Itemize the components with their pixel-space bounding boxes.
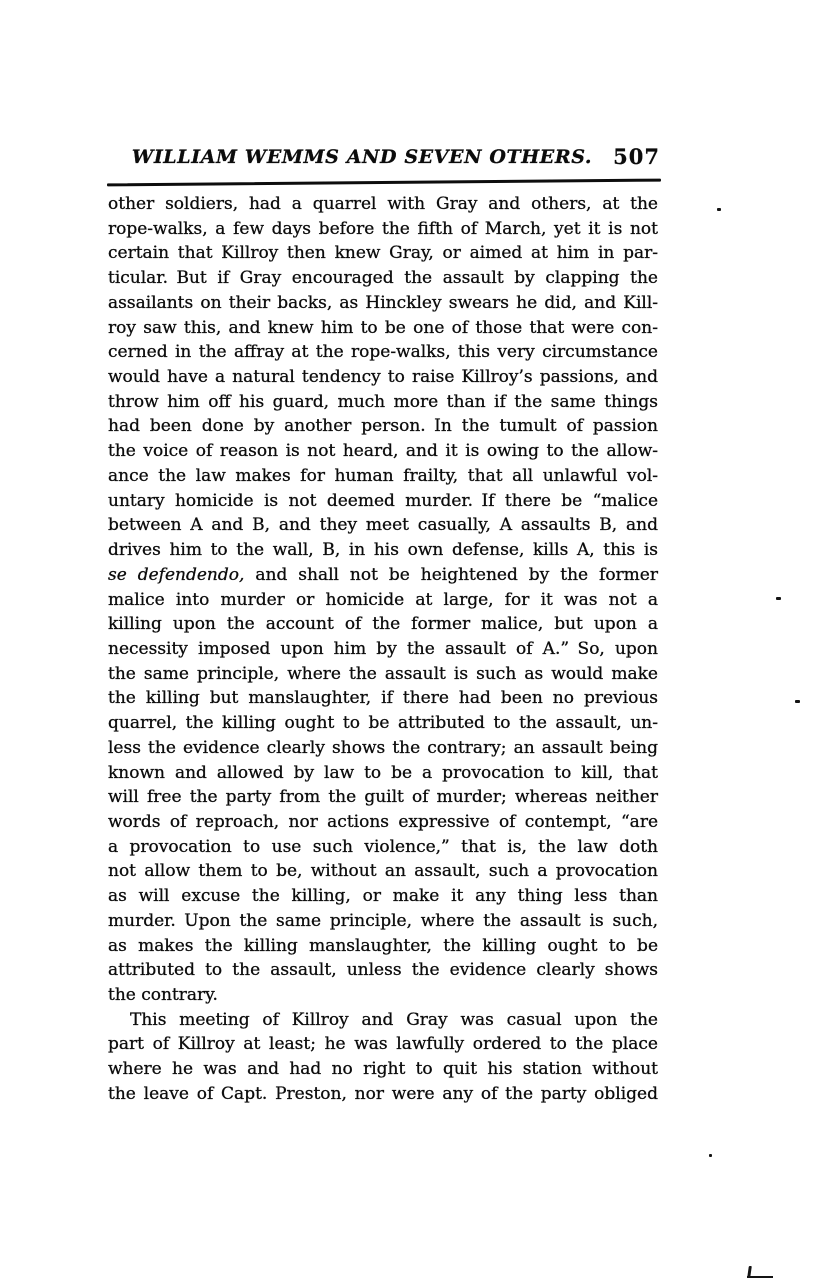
text-line: the contrary. bbox=[108, 983, 658, 1008]
text-line: not allow them to be, without an assault… bbox=[108, 859, 658, 884]
text-line: will free the party from the guilt of mu… bbox=[108, 785, 658, 810]
ink-speck bbox=[717, 208, 721, 211]
text-line: other soldiers, had a quarrel with Gray … bbox=[108, 192, 658, 217]
text-line: necessity imposed upon him by the assaul… bbox=[108, 637, 658, 662]
text-line: ticular. But if Gray encouraged the assa… bbox=[108, 266, 658, 291]
text-line: had been done by another person. In the … bbox=[108, 414, 658, 439]
text-line: a provocation to use such violence,” tha… bbox=[108, 835, 658, 860]
text-line: between A and B, and they meet casually,… bbox=[108, 513, 658, 538]
text-line: cerned in the affray at the rope-walks, … bbox=[108, 340, 658, 365]
text-line: certain that Killroy then knew Gray, or … bbox=[108, 241, 658, 266]
text-line: throw him off his guard, much more than … bbox=[108, 390, 658, 415]
page-number: 507 bbox=[613, 144, 660, 169]
text-line: malice into murder or homicide at large,… bbox=[108, 588, 658, 613]
text-line: quarrel, the killing ought to be attribu… bbox=[108, 711, 658, 736]
text-line: words of reproach, nor actions expressiv… bbox=[108, 810, 658, 835]
text-line: This meeting of Killroy and Gray was cas… bbox=[108, 1008, 658, 1033]
ink-speck bbox=[709, 1154, 712, 1157]
book-page: WILLIAM WEMMS AND SEVEN OTHERS. 507 othe… bbox=[0, 0, 836, 1284]
text-line: ance the law makes for human frailty, th… bbox=[108, 464, 658, 489]
text-line: part of Killroy at least; he was lawfull… bbox=[108, 1032, 658, 1057]
ink-speck bbox=[776, 597, 781, 600]
ink-speck bbox=[795, 700, 800, 703]
text-line: the killing but manslaughter, if there h… bbox=[108, 686, 658, 711]
text-line: the voice of reason is not heard, and it… bbox=[108, 439, 658, 464]
text-line: attributed to the assault, unless the ev… bbox=[108, 958, 658, 983]
page-header: WILLIAM WEMMS AND SEVEN OTHERS. 507 bbox=[108, 146, 660, 174]
text-line: where he was and had no right to quit hi… bbox=[108, 1057, 658, 1082]
text-line: murder. Upon the same principle, where t… bbox=[108, 909, 658, 934]
text-line: untary homicide is not deemed murder. If… bbox=[108, 489, 658, 514]
text-line: as will excuse the killing, or make it a… bbox=[108, 884, 658, 909]
text-line: known and allowed by law to be a provoca… bbox=[108, 761, 658, 786]
text-line: killing upon the account of the former m… bbox=[108, 612, 658, 637]
body-text: other soldiers, had a quarrel with Gray … bbox=[108, 192, 658, 1107]
text-line: would have a natural tendency to raise K… bbox=[108, 365, 658, 390]
text-line: drives him to the wall, B, in his own de… bbox=[108, 538, 658, 563]
text-line: assailants on their backs, as Hinckley s… bbox=[108, 291, 658, 316]
text-line: se defendendo, and shall not be heighten… bbox=[108, 563, 658, 588]
text-line: less the evidence clearly shows the cont… bbox=[108, 736, 658, 761]
header-rule bbox=[107, 179, 661, 187]
text-line: the leave of Capt. Preston, nor were any… bbox=[108, 1082, 658, 1107]
text-line: roy saw this, and knew him to be one of … bbox=[108, 316, 658, 341]
text-line: the same principle, where the assault is… bbox=[108, 662, 658, 687]
running-head: WILLIAM WEMMS AND SEVEN OTHERS. bbox=[108, 146, 616, 168]
ink-corner-mark bbox=[747, 1276, 773, 1278]
text-line: rope-walks, a few days before the fifth … bbox=[108, 217, 658, 242]
text-line: as makes the killing manslaughter, the k… bbox=[108, 934, 658, 959]
